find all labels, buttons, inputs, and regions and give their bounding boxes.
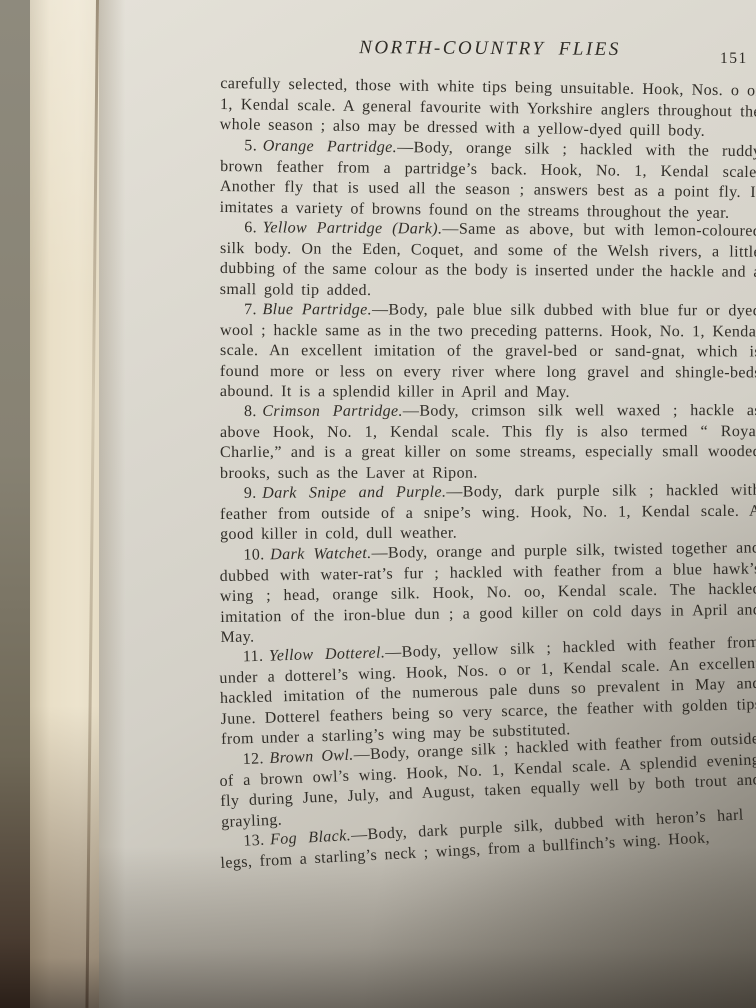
- fly-entry-9: 9.Dark Snipe and Purple.—Body, dark purp…: [220, 481, 756, 546]
- fly-entry-6: 6.Yellow Partridge (Dark).—Same as above…: [220, 218, 756, 304]
- entry-text: —Body, dark purple silk ; hackled with f…: [220, 482, 756, 543]
- entry-text: —Same as above, but with lemon-coloured …: [220, 220, 756, 298]
- fly-name: Fog Black.: [270, 827, 352, 848]
- fly-name: Orange Partridge.: [263, 137, 398, 156]
- entry-text: —Body, yellow silk ; hackled with feathe…: [219, 634, 756, 748]
- fly-entry-13: 13.Fog Black.—Body, dark purple silk, du…: [219, 804, 756, 873]
- page-number: 151: [720, 50, 748, 68]
- fly-entry-8: 8.Crimson Partridge.—Body, crimson silk …: [220, 401, 756, 484]
- entry-number: 6.: [244, 219, 257, 236]
- paragraph-continuation: carefully selected, those with white tip…: [220, 74, 756, 143]
- entry-number: 11.: [243, 648, 264, 666]
- entry-number: 13.: [243, 831, 265, 849]
- entry-number: 10.: [243, 546, 264, 563]
- entry-text: —Body, orange and purple silk, twisted t…: [220, 539, 756, 646]
- entry-number: 8.: [244, 403, 257, 420]
- entry-number: 12.: [242, 750, 264, 768]
- fly-name: Dark Snipe and Purple.: [262, 484, 446, 502]
- entry-number: 7.: [244, 301, 257, 318]
- entry-text: —Body, dark purple silk, dubbed with her…: [220, 805, 756, 871]
- running-head-title: NORTH-COUNTRY FLIES: [219, 36, 756, 62]
- fly-name: Blue Partridge.: [262, 301, 372, 318]
- fly-name: Dark Watchet.: [270, 544, 372, 562]
- fly-entry-11: 11.Yellow Dotterel.—Body, yellow silk ; …: [219, 633, 756, 751]
- entry-text: —Body, orange silk ; hackled with feathe…: [219, 730, 756, 830]
- book-page-edges: [30, 0, 110, 1008]
- entry-number: 9.: [244, 485, 257, 502]
- page-text-block: carefully selected, those with white tip…: [220, 74, 756, 874]
- fly-name: Yellow Partridge (Dark).: [263, 219, 443, 237]
- book-page: NORTH-COUNTRY FLIES 151 carefully select…: [99, 0, 756, 1008]
- fly-name: Crimson Partridge.: [262, 403, 403, 420]
- entry-text: —Body, pale blue silk dubbed with blue f…: [220, 301, 756, 401]
- fly-name: Brown Owl.: [269, 746, 354, 766]
- fly-entry-10: 10.Dark Watchet.—Body, orange and purple…: [219, 538, 756, 648]
- scanned-book-photo: NORTH-COUNTRY FLIES 151 carefully select…: [0, 0, 756, 1008]
- entry-number: 5.: [244, 137, 257, 154]
- fly-name: Yellow Dotterel.: [269, 644, 386, 664]
- fly-entry-12: 12.Brown Owl.—Body, orange silk ; hackle…: [218, 729, 756, 833]
- fly-entry-5: 5.Orange Partridge.—Body, orange silk ; …: [220, 136, 756, 224]
- entry-text: —Body, orange silk ; hackled with the ru…: [220, 139, 756, 221]
- entry-text: —Body, crimson silk well waxed ; hackle …: [220, 402, 756, 481]
- fly-entry-7: 7.Blue Partridge.—Body, pale blue silk d…: [220, 300, 756, 404]
